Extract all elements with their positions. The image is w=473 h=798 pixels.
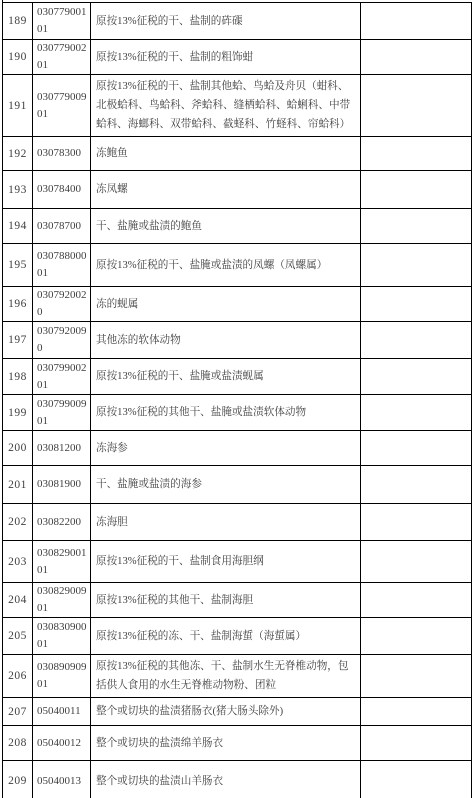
table-row: 202 03082200 冻海胆 bbox=[3, 504, 472, 541]
hs-code-cell: 03078300 bbox=[33, 137, 91, 171]
table-row: 193 03078400 冻凤螺 bbox=[3, 171, 472, 209]
table-row: 209 05040013 整个或切块的盐渍山羊肠衣 bbox=[3, 761, 472, 798]
hs-code: 03078400 bbox=[37, 181, 90, 198]
notes-cell bbox=[361, 171, 472, 209]
notes-cell bbox=[361, 209, 472, 244]
hs-code-cell: 03078800001 bbox=[33, 244, 91, 287]
hs-code-cell: 0307920090 bbox=[33, 322, 91, 359]
hs-code-cell: 05040011 bbox=[33, 698, 91, 726]
hs-code: 03077900901 bbox=[37, 89, 90, 123]
description-cell: 冻的蚬属 bbox=[91, 287, 361, 322]
table-row: 199 03079900901 原按13%征税的其他干、盐腌或盐渍软体动物 bbox=[3, 395, 472, 431]
row-number-cell: 192 bbox=[3, 137, 33, 171]
hs-code-cell: 03077900101 bbox=[33, 3, 91, 40]
row-number-cell: 201 bbox=[3, 466, 33, 504]
hs-code: 03079900901 bbox=[37, 396, 90, 430]
notes-cell bbox=[361, 583, 472, 618]
row-number-cell: 203 bbox=[3, 541, 33, 583]
table-row: 204 03082900901 原按13%征税的其他干、盐制海胆 bbox=[3, 583, 472, 618]
description-cell: 原按13%征税的其他干、盐腌或盐渍软体动物 bbox=[91, 395, 361, 431]
hs-code: 03081900 bbox=[37, 476, 90, 493]
description-cell: 冻鲍鱼 bbox=[91, 137, 361, 171]
hs-code: 03081200 bbox=[37, 440, 90, 457]
description-cell: 原按13%征税的干、盐腌或盐渍蚬属 bbox=[91, 359, 361, 395]
notes-cell bbox=[361, 466, 472, 504]
table-row: 189 03077900101 原按13%征税的干、盐制的砗磲 bbox=[3, 3, 472, 40]
row-number-cell: 206 bbox=[3, 655, 33, 698]
notes-cell bbox=[361, 395, 472, 431]
table-row: 195 03078800001 原按13%征税的干、盐腌或盐渍的凤螺（凤螺属） bbox=[3, 244, 472, 287]
hs-code-cell: 03089090901 bbox=[33, 655, 91, 698]
notes-cell bbox=[361, 287, 472, 322]
hs-code: 05040013 bbox=[37, 773, 90, 790]
document-page: 189 03077900101 原按13%征税的干、盐制的砗磲 190 0307… bbox=[0, 0, 473, 798]
description-cell: 原按13%征税的干、盐制的粗饰蚶 bbox=[91, 40, 361, 75]
description-cell: 原按13%征税的其他干、盐制海胆 bbox=[91, 583, 361, 618]
hs-code-cell: 05040012 bbox=[33, 726, 91, 761]
row-number-cell: 193 bbox=[3, 171, 33, 209]
row-number-cell: 209 bbox=[3, 761, 33, 798]
row-number-cell: 198 bbox=[3, 359, 33, 395]
row-number-cell: 204 bbox=[3, 583, 33, 618]
hs-code: 03078300 bbox=[37, 145, 90, 162]
description-cell: 整个或切块的盐渍绵羊肠衣 bbox=[91, 726, 361, 761]
notes-cell bbox=[361, 655, 472, 698]
notes-cell bbox=[361, 541, 472, 583]
hs-code-cell: 03083090001 bbox=[33, 618, 91, 655]
table-row: 200 03081200 冻海参 bbox=[3, 431, 472, 466]
table-row: 196 0307920020 冻的蚬属 bbox=[3, 287, 472, 322]
hs-code: 03089090901 bbox=[37, 659, 90, 693]
hs-code: 05040011 bbox=[37, 703, 90, 720]
table-row: 192 03078300 冻鲍鱼 bbox=[3, 137, 472, 171]
hs-code-cell: 03082900901 bbox=[33, 583, 91, 618]
table-row: 198 03079900201 原按13%征税的干、盐腌或盐渍蚬属 bbox=[3, 359, 472, 395]
hs-code-cell: 03077900901 bbox=[33, 75, 91, 137]
table-row: 205 03083090001 原按13%征税的冻、干、盐制海蜇（海蜇属） bbox=[3, 618, 472, 655]
description-cell: 原按13%征税的其他冻、干、盐制水生无脊椎动物，包括供人食用的水生无脊椎动物粉、… bbox=[91, 655, 361, 698]
description-cell: 干、盐腌或盐渍的鲍鱼 bbox=[91, 209, 361, 244]
row-number-cell: 202 bbox=[3, 504, 33, 541]
description-cell: 其他冻的软体动物 bbox=[91, 322, 361, 359]
hs-code-cell: 03078700 bbox=[33, 209, 91, 244]
table-row: 201 03081900 干、盐腌或盐渍的海参 bbox=[3, 466, 472, 504]
hs-code: 0307920020 bbox=[37, 287, 90, 321]
hs-code-cell: 03079900201 bbox=[33, 359, 91, 395]
hs-code-cell: 05040013 bbox=[33, 761, 91, 798]
description-cell: 原按13%征税的干、盐制食用海胆纲 bbox=[91, 541, 361, 583]
notes-cell bbox=[361, 244, 472, 287]
description-cell: 冻凤螺 bbox=[91, 171, 361, 209]
row-number-cell: 190 bbox=[3, 40, 33, 75]
description-cell: 干、盐腌或盐渍的海参 bbox=[91, 466, 361, 504]
table-row: 194 03078700 干、盐腌或盐渍的鲍鱼 bbox=[3, 209, 472, 244]
description-cell: 原按13%征税的冻、干、盐制海蜇（海蜇属） bbox=[91, 618, 361, 655]
hs-code-cell: 03082200 bbox=[33, 504, 91, 541]
description-cell: 冻海参 bbox=[91, 431, 361, 466]
table-row: 203 03082900101 原按13%征税的干、盐制食用海胆纲 bbox=[3, 541, 472, 583]
table-row: 207 05040011 整个或切块的盐渍猪肠衣(猪大肠头除外) bbox=[3, 698, 472, 726]
hs-code-cell: 0307920020 bbox=[33, 287, 91, 322]
hs-code-cell: 03079900901 bbox=[33, 395, 91, 431]
row-number-cell: 207 bbox=[3, 698, 33, 726]
row-number-cell: 189 bbox=[3, 3, 33, 40]
row-number-cell: 195 bbox=[3, 244, 33, 287]
notes-cell bbox=[361, 359, 472, 395]
table-row: 190 03077900201 原按13%征税的干、盐制的粗饰蚶 bbox=[3, 40, 472, 75]
hs-code: 03082200 bbox=[37, 514, 90, 531]
notes-cell bbox=[361, 40, 472, 75]
row-number-cell: 200 bbox=[3, 431, 33, 466]
row-number-cell: 208 bbox=[3, 726, 33, 761]
hs-code: 05040012 bbox=[37, 735, 90, 752]
table-row: 206 03089090901 原按13%征税的其他冻、干、盐制水生无脊椎动物，… bbox=[3, 655, 472, 698]
table-row: 197 0307920090 其他冻的软体动物 bbox=[3, 322, 472, 359]
row-number-cell: 197 bbox=[3, 322, 33, 359]
notes-cell bbox=[361, 504, 472, 541]
table-row: 191 03077900901 原按13%征税的干、盐制其他蛤、鸟蛤及舟贝（蚶科… bbox=[3, 75, 472, 137]
hs-code: 03078800001 bbox=[37, 248, 90, 282]
hs-code-cell: 03082900101 bbox=[33, 541, 91, 583]
notes-cell bbox=[361, 431, 472, 466]
tariff-table: 189 03077900101 原按13%征税的干、盐制的砗磲 190 0307… bbox=[2, 2, 472, 798]
hs-code: 03079900201 bbox=[37, 360, 90, 394]
hs-code-cell: 03077900201 bbox=[33, 40, 91, 75]
hs-code-cell: 03081200 bbox=[33, 431, 91, 466]
table-row: 208 05040012 整个或切块的盐渍绵羊肠衣 bbox=[3, 726, 472, 761]
description-cell: 原按13%征税的干、盐腌或盐渍的凤螺（凤螺属） bbox=[91, 244, 361, 287]
row-number-cell: 196 bbox=[3, 287, 33, 322]
notes-cell bbox=[361, 322, 472, 359]
row-number-cell: 191 bbox=[3, 75, 33, 137]
notes-cell bbox=[361, 698, 472, 726]
description-cell: 冻海胆 bbox=[91, 504, 361, 541]
notes-cell bbox=[361, 75, 472, 137]
notes-cell bbox=[361, 3, 472, 40]
description-cell: 原按13%征税的干、盐制其他蛤、鸟蛤及舟贝（蚶科、北极蛤科、鸟蛤科、斧蛤科、缝栖… bbox=[91, 75, 361, 137]
hs-code: 03083090001 bbox=[37, 619, 90, 653]
row-number-cell: 205 bbox=[3, 618, 33, 655]
hs-code-cell: 03081900 bbox=[33, 466, 91, 504]
notes-cell bbox=[361, 761, 472, 798]
row-number-cell: 199 bbox=[3, 395, 33, 431]
description-cell: 原按13%征税的干、盐制的砗磲 bbox=[91, 3, 361, 40]
hs-code-cell: 03078400 bbox=[33, 171, 91, 209]
notes-cell bbox=[361, 618, 472, 655]
hs-code: 03082900101 bbox=[37, 545, 90, 579]
hs-code: 03082900901 bbox=[37, 583, 90, 617]
notes-cell bbox=[361, 726, 472, 761]
description-cell: 整个或切块的盐渍猪肠衣(猪大肠头除外) bbox=[91, 698, 361, 726]
row-number-cell: 194 bbox=[3, 209, 33, 244]
hs-code: 03077900201 bbox=[37, 40, 90, 74]
notes-cell bbox=[361, 137, 472, 171]
hs-code: 03077900101 bbox=[37, 4, 90, 38]
hs-code: 0307920090 bbox=[37, 323, 90, 357]
description-cell: 整个或切块的盐渍山羊肠衣 bbox=[91, 761, 361, 798]
hs-code: 03078700 bbox=[37, 218, 90, 235]
